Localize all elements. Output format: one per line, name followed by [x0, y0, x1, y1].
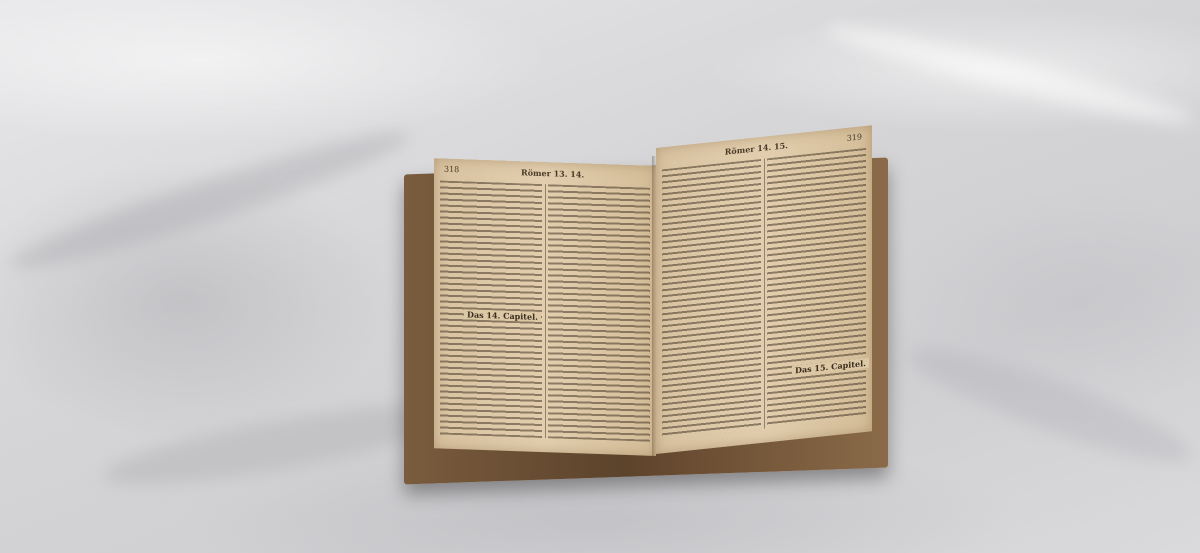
- running-head: Römer 13. 14.: [459, 165, 646, 182]
- left-page-header: 318 Römer 13. 14.: [444, 165, 646, 182]
- column-divider: [545, 184, 546, 438]
- left-page: 318 Römer 13. 14. Das 14. Capitel.: [434, 158, 656, 456]
- text-column: [548, 184, 650, 442]
- column-divider: [764, 159, 765, 429]
- cloth-fold: [4, 116, 416, 284]
- text-column: [662, 159, 761, 439]
- page-number: 319: [847, 132, 862, 144]
- text-column: [767, 148, 866, 428]
- page-number: 318: [444, 165, 459, 176]
- cloth-fold: [822, 14, 1198, 135]
- text-column: [440, 180, 542, 438]
- cloth-fold: [900, 330, 1199, 480]
- open-book: 318 Römer 13. 14. Das 14. Capitel. Römer…: [400, 136, 892, 481]
- right-page: Römer 14. 15. 319 Das 15. Capitel.: [656, 125, 872, 454]
